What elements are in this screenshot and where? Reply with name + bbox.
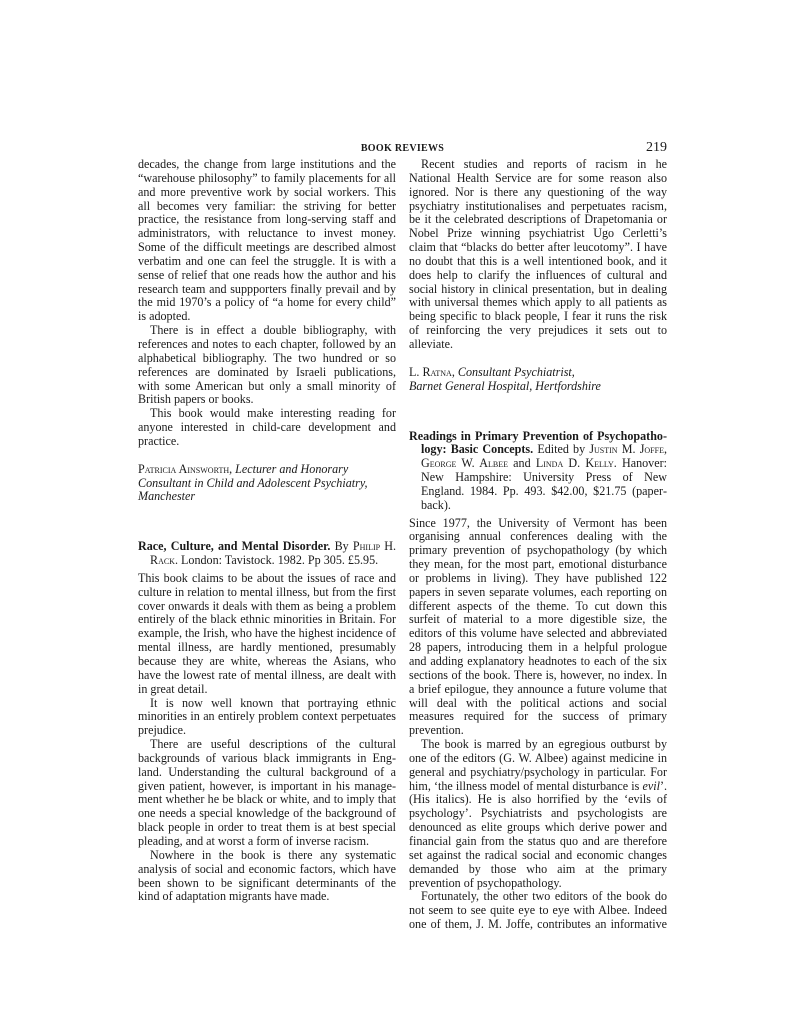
paragraph: This book claims to be about the issues … xyxy=(138,572,396,697)
journal-page: BOOK REVIEWS 219 decades, the change fro… xyxy=(0,0,800,1036)
running-header: BOOK REVIEWS 219 xyxy=(138,140,667,156)
paragraph: Fortunately, the other two editors of th… xyxy=(409,890,667,932)
left-column: decades, the change from large instituti… xyxy=(138,158,396,904)
right-column: Recent studies and reports of racism in … xyxy=(409,158,667,932)
paragraph: There is in effect a double bibliography… xyxy=(138,324,396,407)
paragraph: Since 1977, the University of Vermont ha… xyxy=(409,517,667,739)
paragraph: This book would make interesting reading… xyxy=(138,407,396,449)
reviewer-location: Barnet General Hospital, Hertfordshire xyxy=(409,379,601,393)
review-heading: Readings in Primary Prevention of Psycho… xyxy=(409,430,667,513)
paragraph: The book is marred by an egregious outbu… xyxy=(409,738,667,890)
book-editor: Justin M. Joffe xyxy=(589,442,664,456)
paragraph: It is now well known that portraying eth… xyxy=(138,697,396,739)
reviewer-name: Patricia Ainsworth xyxy=(138,462,229,476)
italic-emphasis: evil xyxy=(642,779,659,793)
reviewer-name: Ratna xyxy=(422,365,451,379)
running-title: BOOK REVIEWS xyxy=(138,143,667,154)
paragraph: There are useful descriptions of the cul… xyxy=(138,738,396,849)
reviewer-affiliation: Consultant Psychiatrist, xyxy=(458,365,575,379)
paragraph: Nowhere in the book is there any systema… xyxy=(138,849,396,904)
reviewer-signature: Patricia Ainsworth, Lecturer and Honorar… xyxy=(138,463,396,505)
reviewer-affiliation: Lecturer and Honorary xyxy=(235,462,348,476)
reviewer-affiliation: Consultant in Child and Adolescent Psych… xyxy=(138,476,368,490)
page-number: 219 xyxy=(646,140,667,156)
book-title: Race, Culture, and Mental Disorder. xyxy=(138,539,330,553)
book-editor: Linda D. Kelly xyxy=(536,456,614,470)
paragraph: decades, the change from large instituti… xyxy=(138,158,396,324)
book-editor: George W. Albee xyxy=(421,456,508,470)
review-heading: Race, Culture, and Mental Disorder. By P… xyxy=(138,540,396,568)
reviewer-location: Manchester xyxy=(138,489,195,503)
paragraph: Recent studies and reports of racism in … xyxy=(409,158,667,352)
book-details: . London: Tavistock. 1982. Pp 305. £5.95… xyxy=(175,553,378,567)
reviewer-signature: L. Ratna, Consultant Psychiatrist, Barne… xyxy=(409,366,667,394)
